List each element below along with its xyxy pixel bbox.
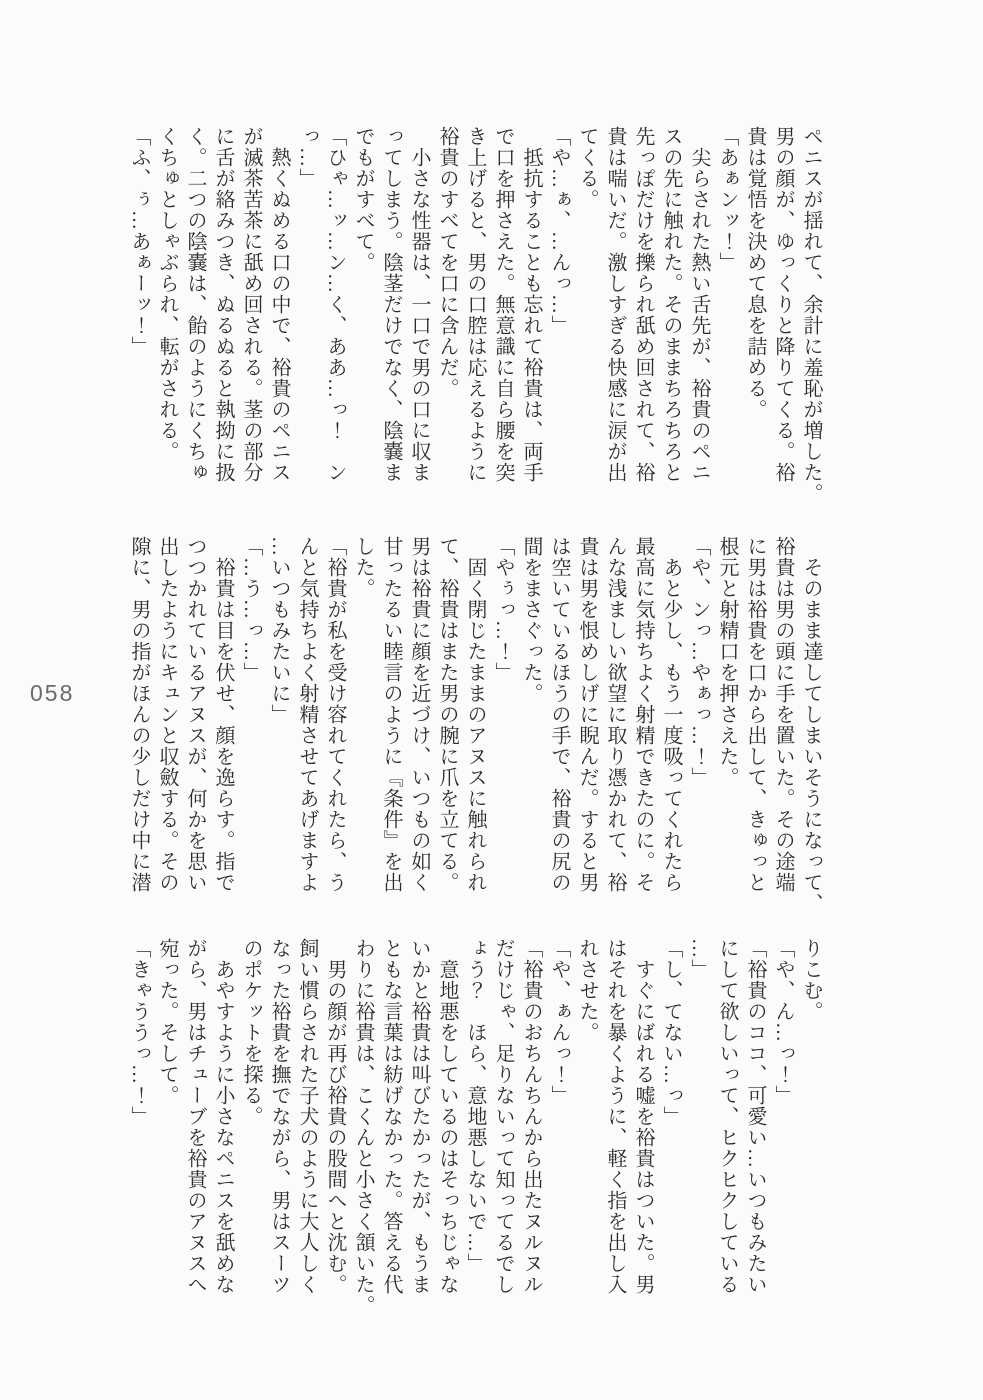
text-line: …いつもみたいに」 xyxy=(265,536,293,918)
text-line: に男は裕貴を口から出して、きゅっと xyxy=(741,536,769,918)
text-line: 「きゃううっ…！」 xyxy=(125,938,153,1320)
text-line: 先っぽだけを擽られ舐め回されて、裕 xyxy=(629,126,657,508)
text-line: く。二つの陰嚢は、飴のようにくちゅ xyxy=(181,126,209,508)
text-line: 貴は男を恨めしげに睨んだ。すると男 xyxy=(573,536,601,918)
text-line: 「や、ん…っ！」 xyxy=(769,938,797,1320)
text-line: くちゅとしゃぶられ、転がされる。 xyxy=(153,126,181,508)
text-line: 「や、ぁんっ！」 xyxy=(545,938,573,1320)
text-line: 最高に気持ちよく射精できたのに。そ xyxy=(629,536,657,918)
text-line: 飼い慣らされた子犬のように大人しく xyxy=(293,938,321,1320)
text-line: に舌が絡みつき、ぬるぬると執拗に扱 xyxy=(209,126,237,508)
text-line: で口を押さえた。無意識に自ら腰を突 xyxy=(489,126,517,508)
text-line: わりに裕貴は、こくんと小さく頷いた。 xyxy=(349,938,377,1320)
text-band-middle: そのまま達してしまいそうになって、裕貴は男の頭に手を置いた。その途端に男は裕貴を… xyxy=(125,536,825,918)
text-line: 「や…ぁ、…んっ…」 xyxy=(545,126,573,508)
text-line: ってしまう。陰茎だけでなく、陰嚢ま xyxy=(377,126,405,508)
book-page: 058 ペニスが揺れて、余計に羞恥が増した。男の顔が、ゆっくりと降りてくる。裕貴… xyxy=(0,0,983,1400)
page-number: 058 xyxy=(30,680,74,707)
text-line: なった裕貴を撫でながら、男はスーツ xyxy=(265,938,293,1320)
text-line: ペニスが揺れて、余計に羞恥が増した。 xyxy=(797,126,825,508)
text-line: ょう？ ほら、意地悪しないで…」 xyxy=(461,938,489,1320)
text-line: 「や、ンっ…やぁっ…！」 xyxy=(685,536,713,918)
text-line: 裕貴のすべてを口に含んだ。 xyxy=(433,126,461,508)
text-line: 小さな性器は、一口で男の口に収ま xyxy=(405,126,433,508)
text-line: スの先に触れた。そのままちろちろと xyxy=(657,126,685,508)
text-line: 「裕貴のおちんちんから出たヌルヌル xyxy=(517,938,545,1320)
text-line: 男の顔が再び裕貴の股間へと沈む。 xyxy=(321,938,349,1320)
text-line: でもがすべて。 xyxy=(349,126,377,508)
text-line: 「し、てない…っ」 xyxy=(657,938,685,1320)
text-line: 固く閉じたままのアヌスに触れられ xyxy=(461,536,489,918)
text-band-top: ペニスが揺れて、余計に羞恥が増した。男の顔が、ゆっくりと降りてくる。裕貴は覚悟を… xyxy=(125,126,825,508)
text-line: にして欲しいって、ヒクヒクしている xyxy=(713,938,741,1320)
text-line: 男は裕貴に顔を近づけ、いつもの如く xyxy=(405,536,433,918)
text-line: 裕貴は目を伏せ、顔を逸らす。指で xyxy=(209,536,237,918)
text-line: 「あぁンッ！」 xyxy=(713,126,741,508)
text-line: りこむ。 xyxy=(797,938,825,1320)
text-line: んと気持ちよく射精させてあげますよ xyxy=(293,536,321,918)
text-line: が滅茶苦茶に舐め回される。茎の部分 xyxy=(237,126,265,508)
text-band-bottom: りこむ。「や、ん…っ！」「裕貴のココ、可愛い…いつもみたいにして欲しいって、ヒク… xyxy=(125,938,825,1320)
text-line: んな浅ましい欲望に取り憑かれて、裕 xyxy=(601,536,629,918)
text-line: のポケットを探る。 xyxy=(237,938,265,1320)
text-line: 「裕貴が私を受け容れてくれたら、う xyxy=(321,536,349,918)
text-line: き上げると、男の口腔は応えるように xyxy=(461,126,489,508)
text-line: した。 xyxy=(349,536,377,918)
text-line: 「…う…っ…」 xyxy=(237,536,265,918)
text-line: 意地悪をしているのはそっちじゃな xyxy=(433,938,461,1320)
text-line: 貴は覚悟を決めて息を詰める。 xyxy=(741,126,769,508)
text-line: 間をまさぐった。 xyxy=(517,536,545,918)
text-line: 「ふ、ぅ…あぁーッ！」 xyxy=(125,126,153,508)
text-line: は空いているほうの手で、裕貴の尻の xyxy=(545,536,573,918)
text-line: つつかれているアヌスが、何かを思い xyxy=(181,536,209,918)
text-line: そのまま達してしまいそうになって、 xyxy=(797,536,825,918)
text-line: 熱くぬめる口の中で、裕貴のペニス xyxy=(265,126,293,508)
text-line: はそれを暴くように、軽く指を出し入 xyxy=(601,938,629,1320)
text-line: 宛った。そして。 xyxy=(153,938,181,1320)
text-line: ともな言葉は紡げなかった。答える代 xyxy=(377,938,405,1320)
text-line: てくる。 xyxy=(573,126,601,508)
text-line: 男の顔が、ゆっくりと降りてくる。裕 xyxy=(769,126,797,508)
text-line: 貴は喘いだ。激しすぎる快感に涙が出 xyxy=(601,126,629,508)
text-line: 出したようにキュンと収斂する。その xyxy=(153,536,181,918)
text-line: て、裕貴はまた男の腕に爪を立てる。 xyxy=(433,536,461,918)
text-line: 裕貴は男の頭に手を置いた。その途端 xyxy=(769,536,797,918)
text-line: いかと裕貴は叫びたかったが、もうま xyxy=(405,938,433,1320)
text-line: がら、男はチューブを裕貴のアヌスへ xyxy=(181,938,209,1320)
text-line: 根元と射精口を押さえた。 xyxy=(713,536,741,918)
text-line: あと少し、もう一度吸ってくれたら xyxy=(657,536,685,918)
text-line: だけじゃ、足りないって知ってるでし xyxy=(489,938,517,1320)
text-line: 隙に、男の指がほんの少しだけ中に潜 xyxy=(125,536,153,918)
text-line: あやすように小さなペニスを舐めな xyxy=(209,938,237,1320)
text-line: 尖らされた熱い舌先が、裕貴のペニ xyxy=(685,126,713,508)
text-line: 「裕貴のココ、可愛い…いつもみたい xyxy=(741,938,769,1320)
text-line: 甘ったるい睦言のように『条件』を出 xyxy=(377,536,405,918)
text-line: 「やぅっ…！」 xyxy=(489,536,517,918)
text-line: …」 xyxy=(685,938,713,1320)
text-line: 抵抗することも忘れて裕貴は、両手 xyxy=(517,126,545,508)
text-line: れさせた。 xyxy=(573,938,601,1320)
text-line: っ…」 xyxy=(293,126,321,508)
text-line: 「ひゃ…ッ…ン…く、ああ…っ！ ン xyxy=(321,126,349,508)
text-line: すぐにばれる嘘を裕貴はついた。男 xyxy=(629,938,657,1320)
